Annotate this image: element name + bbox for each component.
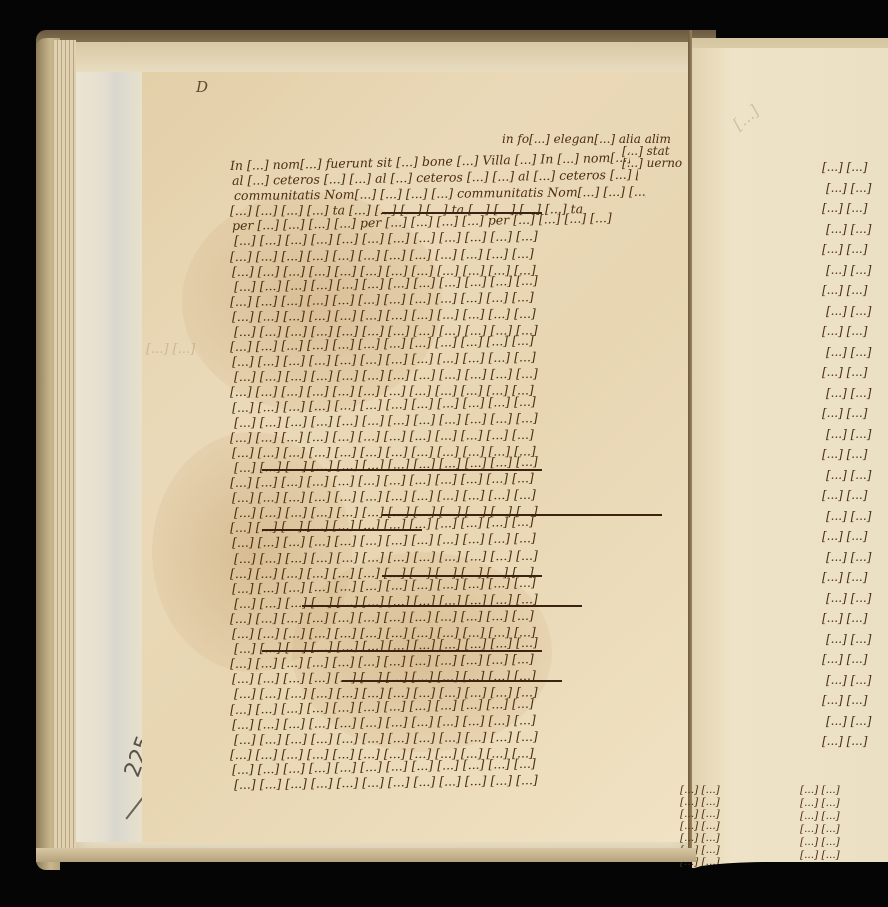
footnote-line: [...] [...] (800, 849, 840, 862)
right-text-line: [...] [...] (822, 447, 867, 461)
text-line: [...] [...] [...] [...] [...] [...] [...… (230, 607, 630, 626)
strikethrough (302, 605, 582, 607)
right-text-line: [...] [...] (822, 406, 867, 420)
cover-bottom-edge (36, 848, 696, 862)
right-text-line: [...] [...] (822, 529, 867, 543)
manuscript-leaf: D [...] [...] in fo[...] elegan[...] ali… (142, 72, 690, 842)
shadow (692, 862, 888, 882)
right-text-line: [...] [...] (826, 550, 871, 564)
right-text-line: [...] [...] (822, 734, 867, 748)
right-text-line: [...] [...] (826, 427, 871, 441)
footnote-line: [...] [...] (800, 823, 840, 836)
footnote-line: [...] [...] (800, 797, 840, 810)
right-text-line: [...] [...] (822, 283, 867, 297)
left-page: 225 D [...] [...] in fo[...] elegan[...]… (76, 42, 690, 850)
right-text-line: [...] [...] (826, 591, 871, 605)
right-text-line: [...] [...] (826, 222, 871, 236)
right-text-line: [...] [...] (826, 509, 871, 523)
right-text-line: [...] [...] (826, 386, 871, 400)
right-text-line: [...] [...] (822, 160, 867, 174)
page-edges (54, 40, 76, 855)
right-text-line: [...] [...] (826, 714, 871, 728)
right-text-line: [...] [...] (822, 693, 867, 707)
right-text-line: [...] [...] (822, 652, 867, 666)
right-text-line: [...] [...] (822, 201, 867, 215)
corner-mark: D (196, 78, 209, 96)
right-text-line: [...] [...] (826, 181, 871, 195)
left-page-top-margin (76, 42, 690, 73)
paper-guard-strip: 225 (76, 72, 143, 842)
right-text-line: [...] [...] (822, 611, 867, 625)
right-text-line: [...] [...] (822, 242, 867, 256)
right-text-line: [...] [...] (826, 304, 871, 318)
text-line: [...] [...] [...] [...] [...] [...] [...… (232, 305, 632, 324)
strikethrough (262, 529, 422, 531)
footnote-line: [...] [...] (800, 836, 840, 849)
bleed-through-text: [...] (729, 101, 762, 133)
footnote-line: [...] [...] (800, 784, 840, 797)
right-text-line: [...] [...] (822, 324, 867, 338)
bound-volume: 225 D [...] [...] in fo[...] elegan[...]… (36, 30, 888, 870)
strikethrough (342, 680, 562, 682)
margin-note: [...] [...] (146, 342, 195, 357)
right-text-line: [...] [...] (822, 570, 867, 584)
footnote-line: [...] [...] (800, 810, 840, 823)
right-text-line: [...] [...] (826, 263, 871, 277)
right-text-line: [...] [...] (826, 632, 871, 646)
right-text-line: [...] [...] (822, 365, 867, 379)
right-text-line: [...] [...] (822, 488, 867, 502)
right-text-line: [...] [...] (826, 468, 871, 482)
right-page: [...] [...] [...][...] [...][...] [...][… (692, 48, 888, 868)
right-text-line: [...] [...] (826, 673, 871, 687)
right-text-line: [...] [...] (826, 345, 871, 359)
